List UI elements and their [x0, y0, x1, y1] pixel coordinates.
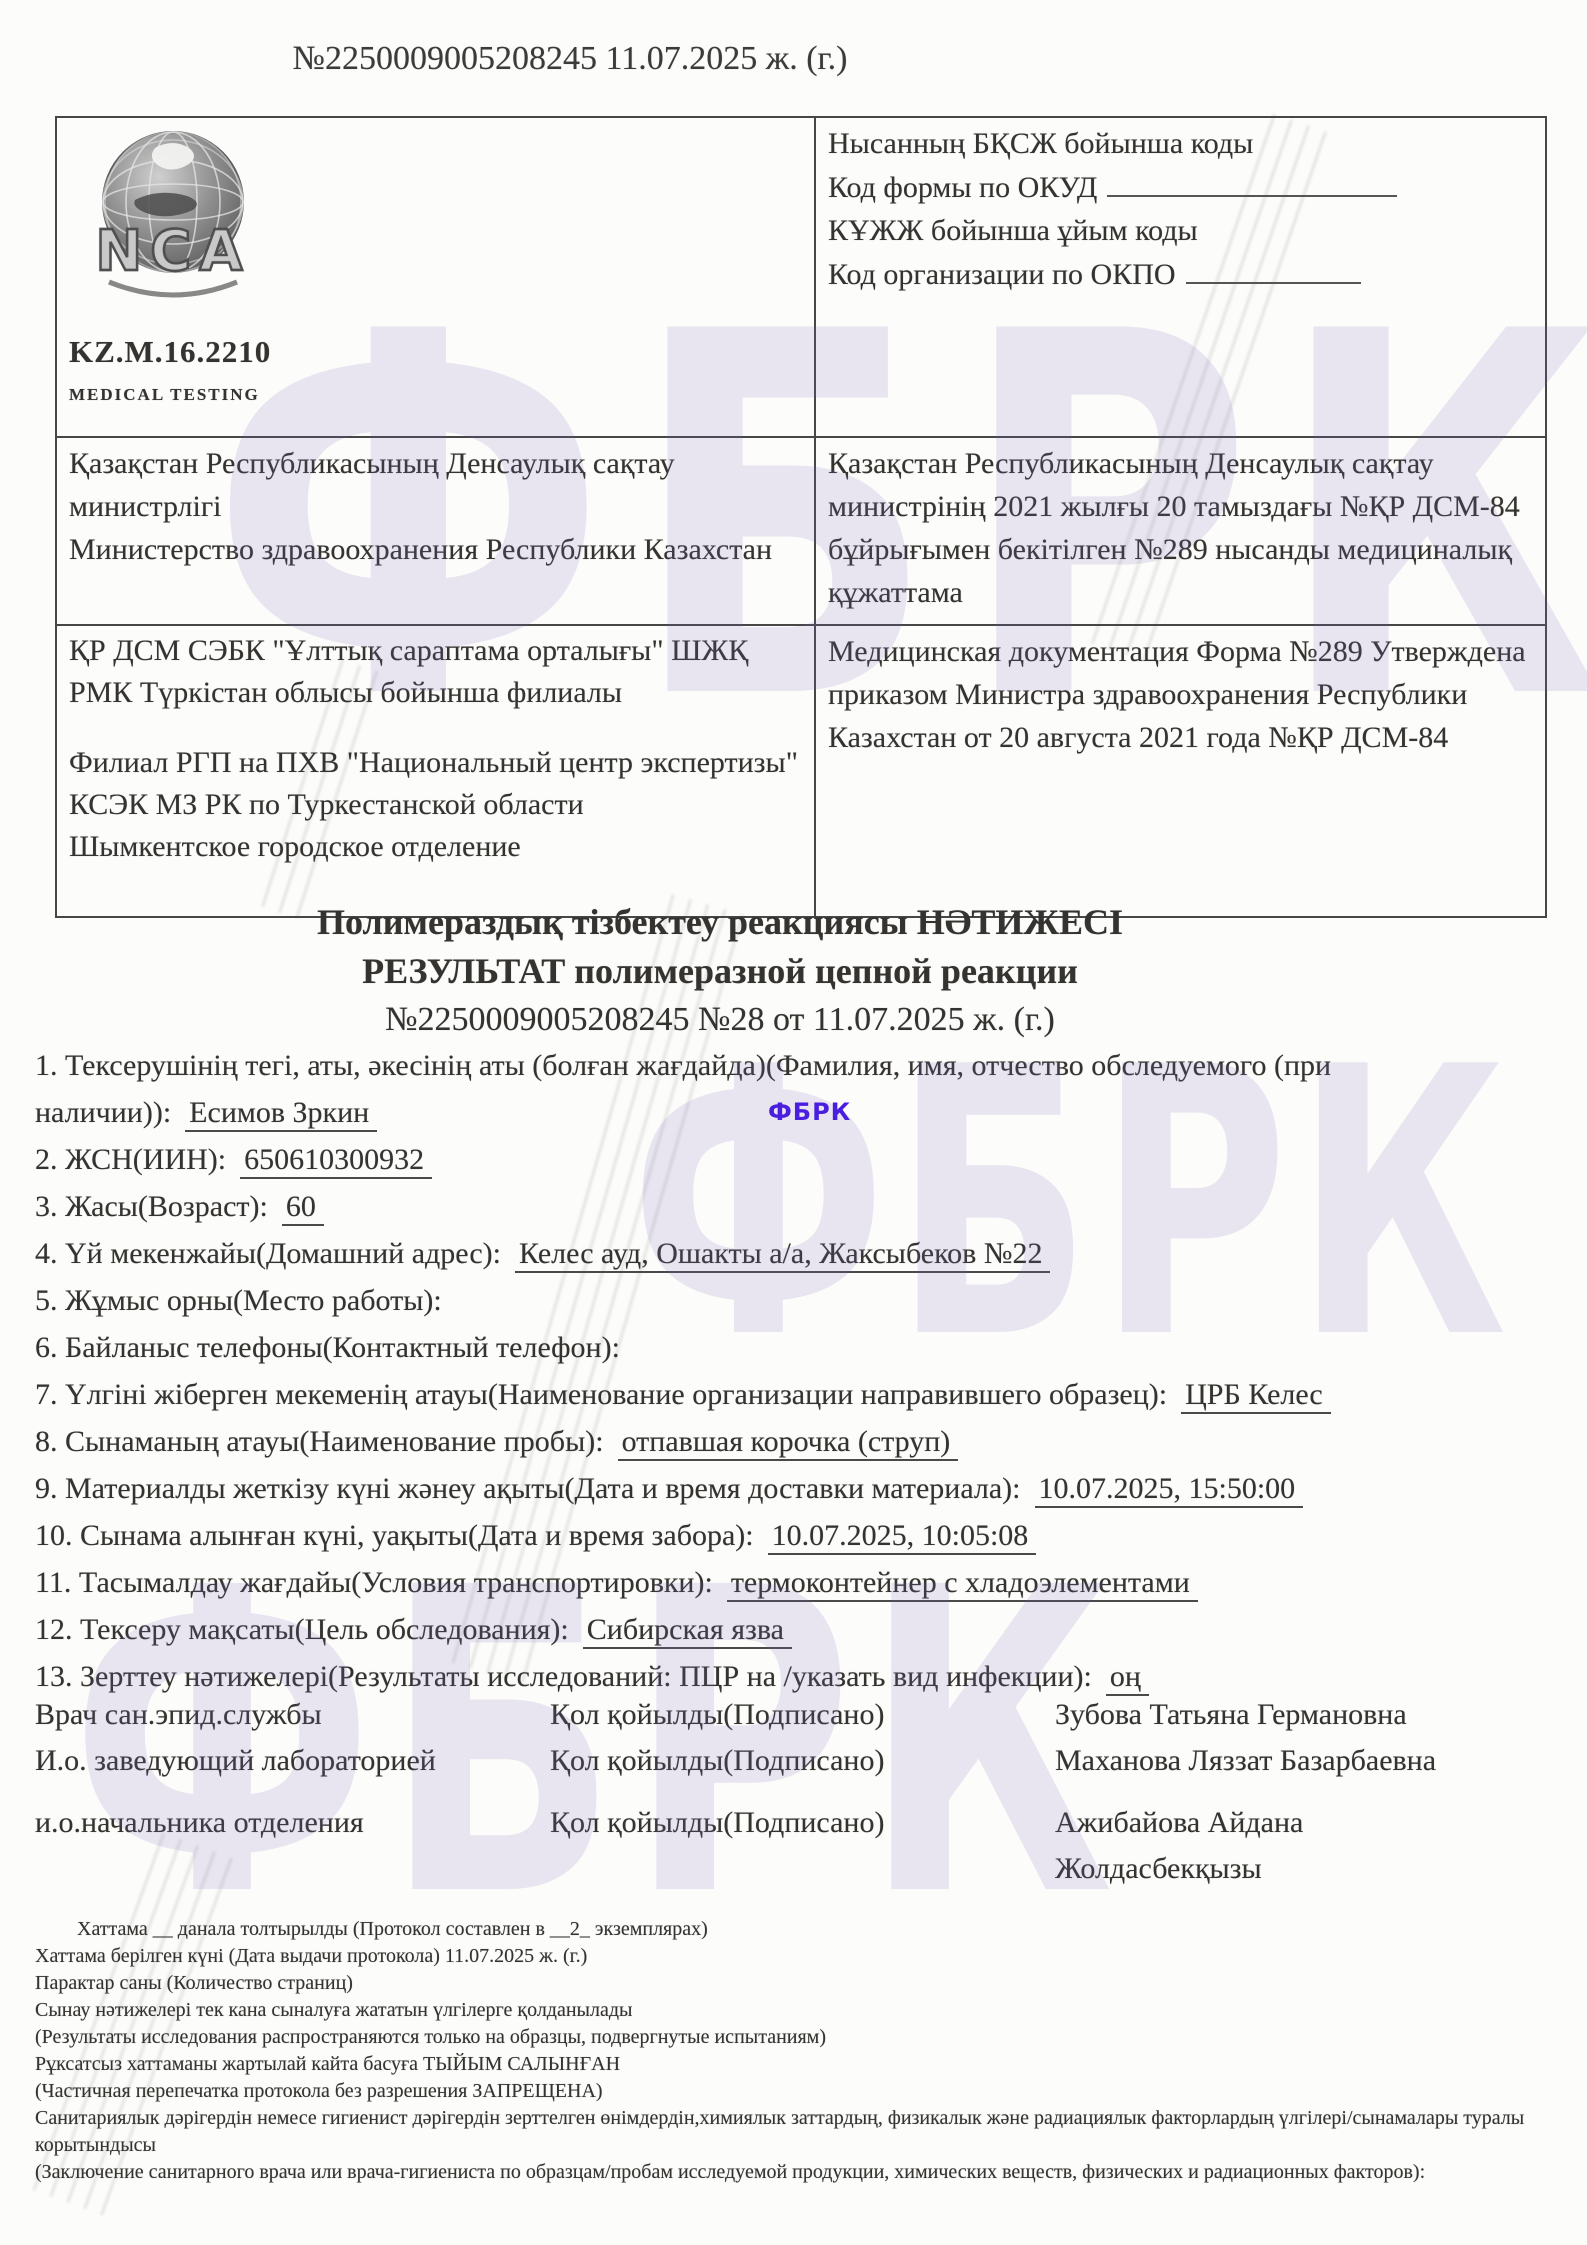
ministry-name-kk: Қазақстан Республикасының Денсаулық сақт…	[69, 442, 804, 528]
logo-cell: NCA KZ.M.16.2210 MEDICAL TESTING	[56, 117, 815, 437]
form-codes-cell: Нысанның БҚСЖ бойынша коды Код формы по …	[815, 117, 1546, 437]
field-label: 4. Үй мекенжайы(Домашний адрес):	[35, 1237, 501, 1270]
field-value: 10.07.2025, 10:05:08	[768, 1519, 1037, 1555]
field-label: 7. Үлгіні жіберген мекеменің атауы(Наиме…	[35, 1378, 1167, 1411]
document-number: №2250009005208245 11.07.2025 ж. (г.)	[0, 40, 1140, 78]
code-line-okpo-label: Код организации по ОКПО	[828, 258, 1176, 291]
field-label: 8. Сынаманың атауы(Наименование пробы):	[35, 1425, 604, 1458]
order-cell: Қазақстан Республикасының Денсаулық сақт…	[815, 437, 1546, 625]
signature-row: и.о.начальника отделения Қол қойылды(Под…	[35, 1800, 1557, 1892]
document-page: ФБРК ФБРК ФБРК ФБРК №2250009005208245 11…	[0, 0, 1587, 2245]
header-table-row: Қазақстан Республикасының Денсаулық сақт…	[56, 437, 1546, 625]
certification-code: KZ.M.16.2210	[69, 330, 804, 373]
field-label: 9. Материалды жеткізу күні жәнеу ақыты(Д…	[35, 1472, 1021, 1505]
fields-list: 1. Тексерушінің тегі, аты, әкесінің аты …	[35, 1042, 1557, 1700]
signature-row: И.о. заведующий лабораторией Қол қойылды…	[35, 1738, 1557, 1784]
field-value: 60	[282, 1190, 324, 1226]
field-value: Есимов Зркин	[185, 1096, 377, 1132]
signer-name: Маханова Ляззат Базарбаевна	[1055, 1738, 1490, 1784]
field-label: 2. ЖСН(ИИН):	[35, 1143, 226, 1176]
field-value: оң	[1106, 1660, 1149, 1696]
field-row: 8. Сынаманың атауы(Наименование пробы):о…	[35, 1418, 1557, 1465]
field-row: 4. Үй мекенжайы(Домашний адрес):Келес ау…	[35, 1230, 1557, 1277]
header-table-row: NCA KZ.M.16.2210 MEDICAL TESTING Нысанны…	[56, 117, 1546, 437]
signer-role: И.о. заведующий лабораторией	[35, 1738, 550, 1784]
signer-name: Зубова Татьяна Германовна	[1055, 1692, 1490, 1738]
signature-status: Қол қойылды(Подписано)	[550, 1738, 1055, 1784]
signature-row: Врач сан.эпид.службы Қол қойылды(Подписа…	[35, 1692, 1557, 1738]
footer-line: Хаттама __ данала толтырылды (Протокол с…	[35, 1916, 1565, 1943]
footer-line: Хаттама берілген күні (Дата выдачи прото…	[35, 1943, 1565, 1970]
field-label: 6. Байланыс телефоны(Контактный телефон)…	[35, 1331, 620, 1364]
field-row: 11. Тасымалдау жағдайы(Условия транспорт…	[35, 1559, 1557, 1606]
blank-underline	[1107, 165, 1397, 197]
order-text-kk: Қазақстан Республикасының Денсаулық сақт…	[828, 442, 1535, 614]
field-label: 5. Жұмыс орны(Место работы):	[35, 1284, 442, 1317]
logo-acronym: NCA	[95, 219, 250, 284]
code-line-okud-label: Код формы по ОКУД	[828, 171, 1097, 204]
field-row: 2. ЖСН(ИИН):650610300932	[35, 1136, 1557, 1183]
footer-line: (Результаты исследования распространяютс…	[35, 2024, 1565, 2051]
field-value: 650610300932	[240, 1143, 432, 1179]
field-row: 9. Материалды жеткізу күні жәнеу ақыты(Д…	[35, 1465, 1557, 1512]
field-value: термоконтейнер с хладоэлементами	[727, 1566, 1198, 1602]
field-row: 1. Тексерушінің тегі, аты, әкесінің аты …	[35, 1042, 1557, 1136]
signer-name: Ажибайова Айдана Жолдасбекқызы	[1055, 1800, 1490, 1892]
branch-cell: ҚР ДСМ СЭБК "Ұлттық сараптама орталығы" …	[56, 625, 815, 917]
field-label: 12. Тексеру мақсаты(Цель обследования):	[35, 1613, 569, 1646]
field-value: Келес ауд, Ошакты а/а, Жаксыбеков №22	[515, 1237, 1050, 1273]
branch-name-ru: Филиал РГП на ПХВ "Национальный центр эк…	[69, 742, 804, 826]
footer-line: (Частичная перепечатка протокола без раз…	[35, 2078, 1565, 2105]
code-line-okud: Код формы по ОКУД	[828, 165, 1535, 209]
title-number-line: №2250009005208245 №28 от 11.07.2025 ж. (…	[0, 996, 1440, 1044]
field-label: 10. Сынама алынған күні, уақыты(Дата и в…	[35, 1519, 754, 1552]
footer-line: Сынау нәтижелері тек кана сыналуға жатат…	[35, 1997, 1565, 2024]
footer-notes: Хаттама __ данала толтырылды (Протокол с…	[35, 1916, 1565, 2186]
footer-line: Рұксатсыз хаттаманы жартылай кайта басуғ…	[35, 2051, 1565, 2078]
header-table-row: ҚР ДСМ СЭБК "Ұлттық сараптама орталығы" …	[56, 625, 1546, 917]
title-russian: РЕЗУЛЬТАТ полимеразной цепной реакции	[0, 947, 1440, 996]
field-row: 7. Үлгіні жіберген мекеменің атауы(Наиме…	[35, 1371, 1557, 1418]
footer-line: Санитариялык дәрігердін немесе гигиенист…	[35, 2105, 1565, 2159]
field-row: 5. Жұмыс орны(Место работы):	[35, 1277, 1557, 1324]
field-value: 10.07.2025, 15:50:00	[1035, 1472, 1304, 1508]
field-row: 10. Сынама алынған күні, уақыты(Дата и в…	[35, 1512, 1557, 1559]
field-row: 12. Тексеру мақсаты(Цель обследования):С…	[35, 1606, 1557, 1653]
field-row: 3. Жасы(Возраст):60	[35, 1183, 1557, 1230]
form-info-ru: Медицинская документация Форма №289 Утве…	[828, 630, 1535, 759]
form-info-cell: Медицинская документация Форма №289 Утве…	[815, 625, 1546, 917]
signer-role: Врач сан.эпид.службы	[35, 1692, 550, 1738]
code-line-kujj: КҰЖЖ бойынша ұйым коды	[828, 209, 1535, 252]
field-value: ЦРБ Келес	[1181, 1378, 1331, 1414]
ministry-name-ru: Министерство здравоохранения Республики …	[69, 528, 804, 571]
ministry-cell: Қазақстан Республикасының Денсаулық сақт…	[56, 437, 815, 625]
signatures-block: Врач сан.эпид.службы Қол қойылды(Подписа…	[35, 1692, 1557, 1892]
field-row: 6. Байланыс телефоны(Контактный телефон)…	[35, 1324, 1557, 1371]
field-value: Сибирская язва	[583, 1613, 792, 1649]
code-line-bkcj: Нысанның БҚСЖ бойынша коды	[828, 122, 1535, 165]
spacer	[69, 714, 804, 742]
blank-underline	[1186, 252, 1361, 284]
footer-line: (Заключение санитарного врача или врача-…	[35, 2159, 1565, 2186]
footer-line: Парактар саны (Количество страниц)	[35, 1970, 1565, 1997]
branch-department-ru: Шымкентское городское отделение	[69, 826, 804, 868]
signer-role: и.о.начальника отделения	[35, 1800, 550, 1892]
signature-status: Қол қойылды(Подписано)	[550, 1800, 1055, 1892]
field-label: 11. Тасымалдау жағдайы(Условия транспорт…	[35, 1566, 713, 1599]
title-block: Полимераздық тізбектеу реакциясы НӘТИЖЕС…	[0, 898, 1440, 1044]
header-table: NCA KZ.M.16.2210 MEDICAL TESTING Нысанны…	[55, 116, 1547, 918]
field-value: отпавшая корочка (струп)	[618, 1425, 959, 1461]
field-label: 13. Зерттеу нәтижелері(Результаты исслед…	[35, 1660, 1092, 1693]
branch-name-kk: ҚР ДСМ СЭБК "Ұлттық сараптама орталығы" …	[69, 630, 804, 714]
field-label: 3. Жасы(Возраст):	[35, 1190, 268, 1223]
nca-globe-logo-icon: NCA	[69, 122, 277, 312]
certification-label: MEDICAL TESTING	[69, 373, 804, 416]
signature-status: Қол қойылды(Подписано)	[550, 1692, 1055, 1738]
code-line-okpo: Код организации по ОКПО	[828, 252, 1535, 296]
title-kazakh: Полимераздық тізбектеу реакциясы НӘТИЖЕС…	[0, 898, 1440, 947]
